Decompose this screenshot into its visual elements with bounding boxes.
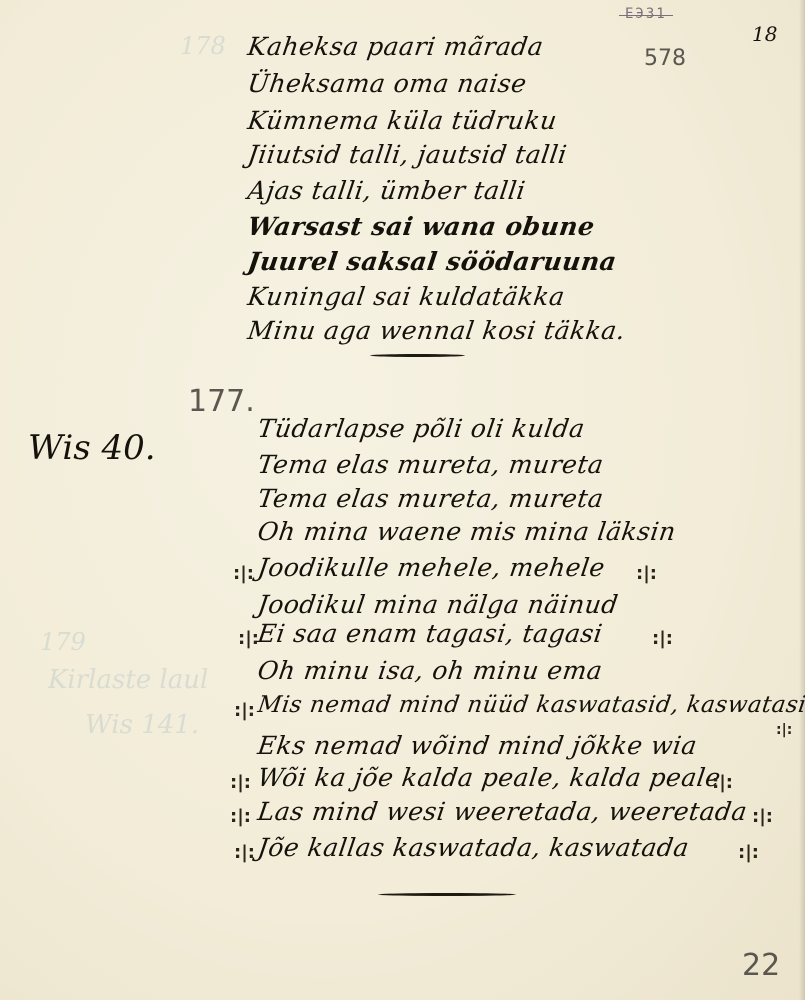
- verse-line: Juurel saksal söödaruuna: [246, 247, 619, 276]
- verse-line: Joodikulle mehele, mehele: [256, 553, 607, 582]
- verse-line: Kaheksa paari mãrada: [246, 32, 545, 61]
- bleed-through-number-left: 179: [40, 628, 86, 656]
- verse-line: Las mind wesi weeretada, weeretada: [256, 797, 749, 826]
- repeat-mark-end: :|:: [776, 722, 792, 738]
- archive-number: 578: [644, 46, 686, 71]
- repeat-mark-start: :|:: [234, 842, 255, 863]
- verse-line: Kümnema küla tüdruku: [246, 106, 559, 135]
- repeat-mark-end: :|:: [712, 772, 733, 793]
- manuscript-page: 178 179 Kirlaste laul Wis 141. ЕЭЗ1 578 …: [0, 0, 805, 1000]
- struck-archive-number: ЕЭЗ1: [625, 6, 667, 22]
- repeat-mark-end: :|:: [752, 806, 773, 827]
- verse-line: Tema elas mureta, mureta: [256, 484, 606, 513]
- verse-line: Jõe kallas kaswatada, kaswatada: [256, 833, 691, 862]
- verse-line: Oh minu isa, oh minu ema: [256, 656, 604, 685]
- tune-label: Wis 40.: [28, 428, 156, 468]
- verse-line: Minu aga wennal kosi täkka.: [246, 316, 627, 345]
- verse-line: Üheksama oma naise: [246, 69, 529, 98]
- verse-line: Eks nemad wõind mind jõkke wia: [256, 731, 699, 760]
- verse-line: Mis nemad mind nüüd kaswatasid, kaswatas…: [256, 692, 805, 718]
- verse-line: Ei saa enam tagasi, tagasi: [256, 619, 605, 648]
- verse-line: Joodikul mina nälga näinud: [256, 590, 620, 619]
- bleed-through-text: Kirlaste laul: [48, 665, 208, 695]
- verse-line: Jiiutsid talli, jautsid talli: [246, 140, 569, 169]
- leaf-number: 18: [752, 22, 777, 46]
- verse-line: Kuningal sai kuldatäkka: [246, 282, 567, 311]
- repeat-mark-end: :|:: [652, 628, 673, 649]
- verse-line: Warsast sai wana obune: [246, 212, 597, 241]
- verse-line: Tüdarlapse põli oli kulda: [256, 414, 587, 443]
- section-divider: [378, 893, 516, 896]
- verse-line: Oh mina waene mis mina läksin: [256, 517, 678, 546]
- bleed-through-text: Wis 141.: [85, 710, 199, 740]
- repeat-mark-start: :|:: [233, 563, 254, 584]
- repeat-mark-end: :|:: [636, 563, 657, 584]
- repeat-mark-start: :|:: [230, 772, 251, 793]
- repeat-mark-start: :|:: [230, 806, 251, 827]
- verse-line: Ajas talli, ümber talli: [246, 176, 527, 205]
- paper-edge-shadow: [799, 0, 805, 1000]
- verse-line: Tema elas mureta, mureta: [256, 450, 606, 479]
- repeat-mark-end: :|:: [738, 842, 759, 863]
- song-number: 177.: [188, 384, 255, 419]
- repeat-mark-start: :|:: [234, 700, 255, 721]
- bleed-through-number: 178: [180, 32, 226, 60]
- page-number: 22: [742, 948, 780, 983]
- section-divider: [370, 354, 465, 357]
- verse-line: Wõi ka jõe kalda peale, kalda peale: [256, 763, 723, 792]
